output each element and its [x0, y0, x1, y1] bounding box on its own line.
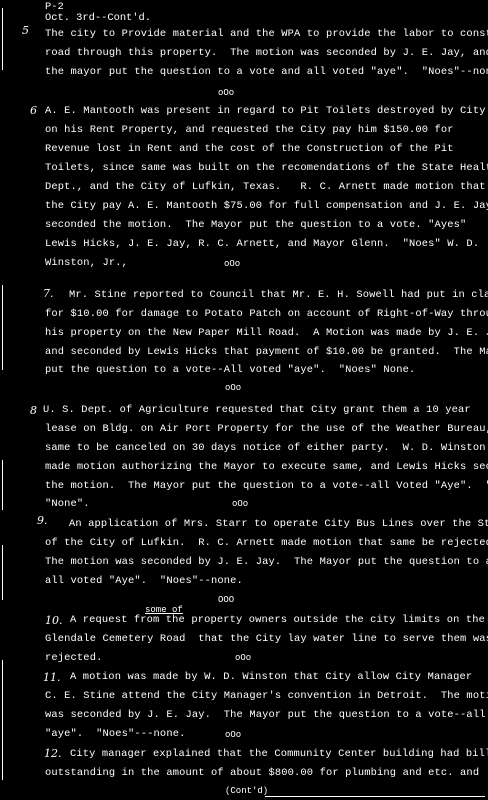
- paragraph-line: Dept., and the City of Lufkin, Texas. R.…: [45, 181, 486, 193]
- paragraph-line: his property on the New Paper Mill Road.…: [45, 327, 488, 339]
- paragraph-line: An application of Mrs. Starr to operate …: [69, 518, 488, 530]
- paragraph-line: rejected.: [45, 652, 102, 664]
- paragraph-line: seconded the motion. The Mayor put the q…: [45, 219, 466, 231]
- paragraph-line: road through this property. The motion w…: [45, 47, 488, 59]
- paragraph-line: on his Rent Property, and requested the …: [45, 124, 454, 136]
- continued-label: (Cont'd): [225, 786, 268, 796]
- date-line: Oct. 3rd--Cont'd.: [45, 12, 151, 24]
- paragraph-line: "aye". "Noes"---none.: [45, 728, 185, 740]
- paragraph-line: outstanding in the amount of about $800.…: [45, 767, 479, 779]
- paragraph-number: 11.: [43, 671, 61, 684]
- paragraph-line: same to be canceled on 30 days notice of…: [45, 442, 486, 454]
- paragraph-line: Glendale Cemetery Road that the City lay…: [45, 633, 488, 645]
- margin-mark: [2, 460, 3, 510]
- paragraph-line: the City pay A. E. Mantooth $75.00 for f…: [45, 200, 488, 212]
- paragraph-line: Revenue lost in Rent and the cost of the…: [45, 143, 454, 155]
- paragraph-line: for $10.00 for damage to Potato Patch on…: [45, 308, 488, 320]
- paragraph-line: the mayor put the question to a vote and…: [45, 66, 488, 78]
- margin-mark: [2, 660, 3, 780]
- paragraph-line: all voted "Aye". "Noes"--none.: [45, 575, 243, 587]
- paragraph-number: 5: [22, 24, 29, 37]
- paragraph-line: made motion authorizing the Mayor to exe…: [45, 461, 488, 473]
- paragraph-line: Lewis Hicks, J. E. Jay, R. C. Arnett, an…: [45, 238, 479, 250]
- paragraph-line: of the City of Lufkin. R. C. Arnett made…: [45, 537, 488, 549]
- paragraph-line: A motion was made by W. D. Winston that …: [70, 671, 472, 683]
- paragraph-line: "None".: [45, 498, 90, 510]
- paragraph-line: lease on Bldg. on Air Port Property for …: [45, 423, 488, 435]
- paragraph-number: 9.: [37, 514, 48, 527]
- paragraph-line: Winston, Jr.,: [45, 257, 128, 269]
- continued-rule: [265, 796, 485, 797]
- paragraph-line: put the question to a vote--All voted "a…: [45, 364, 415, 376]
- margin-mark: [2, 8, 3, 70]
- margin-mark: [2, 545, 3, 600]
- paragraph-number: 6: [30, 104, 37, 117]
- paragraph-number: 7.: [43, 287, 54, 300]
- paragraph-line: The city to Provide material and the WPA…: [45, 28, 488, 40]
- paragraph-number: 8: [30, 404, 37, 417]
- paragraph-line: Toilets, since same was built on the rec…: [45, 162, 488, 174]
- paragraph-line: Mr. Stine reported to Council that Mr. E…: [69, 289, 488, 301]
- paragraph-line: A. E. Mantooth was present in regard to …: [45, 105, 486, 117]
- paragraph-line: C. E. Stine attend the City Manager's co…: [45, 690, 488, 702]
- scanned-document-page: P-2 Oct. 3rd--Cont'd. 5 The city to Prov…: [0, 0, 488, 800]
- section-separator: oOo: [225, 383, 241, 393]
- paragraph-line: City manager explained that the Communit…: [70, 748, 488, 760]
- section-separator: oOo: [225, 730, 241, 740]
- paragraph-line: and seconded by Lewis Hicks that payment…: [45, 346, 488, 358]
- section-separator: oOo: [224, 259, 240, 269]
- section-separator: oOo: [235, 653, 251, 663]
- paragraph-line: the motion. The Mayor put the question t…: [45, 480, 488, 492]
- paragraph-line: U. S. Dept. of Agriculture requested tha…: [43, 404, 471, 416]
- paragraph-number: 10.: [45, 614, 63, 627]
- paragraph-line: A request from the property owners outsi…: [70, 614, 485, 626]
- section-separator: oOo: [218, 88, 234, 98]
- section-separator: OOO: [218, 595, 234, 605]
- section-separator: oOo: [232, 499, 248, 509]
- paragraph-line: The motion was seconded by J. E. Jay. Th…: [45, 556, 488, 568]
- paragraph-number: 12.: [44, 747, 62, 760]
- paragraph-line: was seconded by J. E. Jay. The Mayor put…: [45, 709, 488, 721]
- margin-mark: [2, 285, 3, 370]
